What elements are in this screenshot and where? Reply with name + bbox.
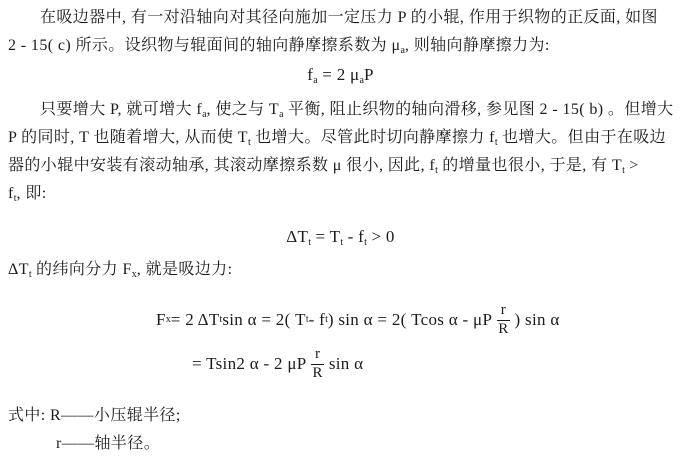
legend-line: 式中: R——小压辊半径; <box>8 402 673 430</box>
paragraph-2: 只要增大 P, 就可增大 fa, 使之与 Ta 平衡, 阻止织物的轴向滑移, 参… <box>8 96 673 208</box>
fraction: rR <box>309 346 327 382</box>
paragraph-1: 在吸边器中, 有一对沿轴向对其径向施加一定压力 P 的小辊, 作用于织物的正反面… <box>8 4 673 60</box>
formula-line: Fx = 2 ΔTtsin α = 2( Tt - ft) sin α = 2(… <box>156 298 673 342</box>
paragraph-line: 2 - 15( c) 所示。设织物与辊面间的轴向静摩擦系数为 μa, 则轴向静摩… <box>8 32 673 60</box>
formula-axial-friction: fa = 2 μaP <box>8 62 673 88</box>
paragraph-line: 在吸边器中, 有一对沿轴向对其径向施加一定压力 P 的小辊, 作用于织物的正反面… <box>8 4 673 32</box>
paragraph-line: 器的小辊中安装有滚动轴承, 其滚动摩擦系数 μ 很小, 因此, ft 的增量也很… <box>8 152 673 180</box>
formula-line: = Tsin2 α - 2 μP rRsin α <box>192 342 673 386</box>
paragraph-line: ft, 即: <box>8 180 673 208</box>
formula-tension-difference: ΔTt = Tt - ft > 0 <box>8 224 673 250</box>
paragraph-line: ΔTt 的纬向分力 Fx, 就是吸边力: <box>8 256 673 284</box>
symbol-legend: 式中: R——小压辊半径; r——轴半径。 <box>8 402 673 458</box>
paragraph-line: 只要增大 P, 就可增大 fa, 使之与 Ta 平衡, 阻止织物的轴向滑移, 参… <box>8 96 673 124</box>
fraction: rR <box>494 302 512 338</box>
paragraph-3: ΔTt 的纬向分力 Fx, 就是吸边力: <box>8 256 673 284</box>
document-page: 在吸边器中, 有一对沿轴向对其径向施加一定压力 P 的小辊, 作用于织物的正反面… <box>0 0 681 465</box>
paragraph-line: P 的同时, T 也随着增大, 从而使 Tt 也增大。尽管此时切向静摩擦力 ft… <box>8 124 673 152</box>
legend-line: r——轴半径。 <box>56 430 673 458</box>
formula-suction-force: Fx = 2 ΔTtsin α = 2( Tt - ft) sin α = 2(… <box>156 298 673 386</box>
